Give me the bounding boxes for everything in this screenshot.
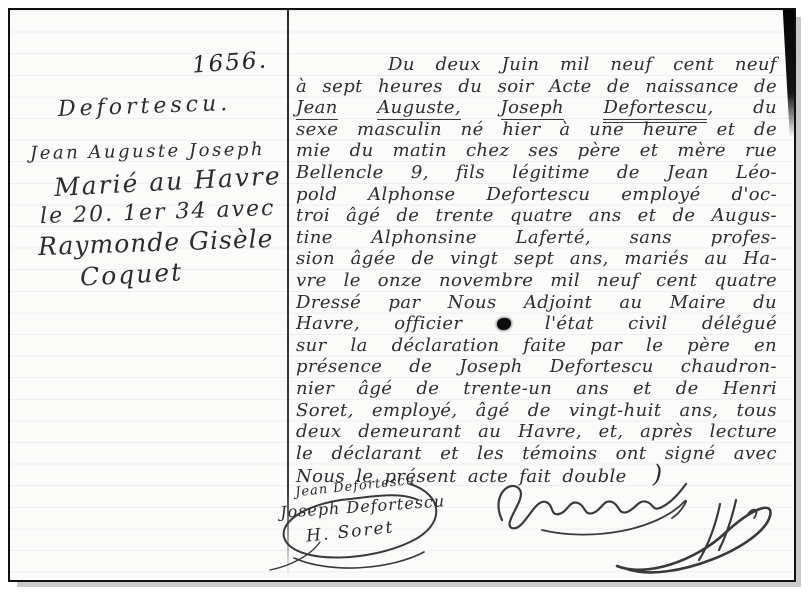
underlined-name: Jean: [296, 97, 338, 120]
act-body-text: Du deux Juin mil neuf cent neuf à sept h…: [296, 54, 777, 486]
body-line: vre le onze novembre mil neuf cent quatr…: [296, 270, 777, 292]
body-line: sion âgée de vingt sept ans, mariés au H…: [296, 248, 777, 270]
act-number: 1656.: [191, 47, 268, 78]
body-line: à sept heures du soir Acte de naissance …: [296, 76, 777, 98]
underlined-name: Auguste,: [377, 97, 461, 120]
body-line: sur la déclaration faite par le père en: [296, 335, 777, 357]
body-line: nier âgé de trente-un ans et de Henri: [296, 378, 777, 400]
margin-marriage-note-line: Marié au Havre: [53, 161, 282, 202]
body-line: Du deux Juin mil neuf cent neuf: [296, 54, 777, 76]
body-line: mie du matin chez ses père et mère rue: [296, 140, 777, 162]
father-signature-paraph: [602, 484, 792, 584]
underlined-name: Joseph: [501, 97, 564, 120]
body-line: présence de Joseph Defortescu chaudron-: [296, 356, 777, 378]
body-line-names: Jean Auguste, Joseph Defortescu, du: [296, 97, 777, 119]
ink-blot: [497, 318, 511, 330]
margin-marriage-note-line: Raymonde Gisèle: [38, 224, 274, 261]
body-line: le déclarant et les témoins ont signé av…: [296, 443, 777, 465]
body-line: pold Alphonse Defortescu employé d'oc-: [296, 184, 777, 206]
body-line-with-blot: Havre, officier l'état civil délégué: [296, 313, 777, 335]
margin-surname: Defortescu.: [58, 91, 232, 122]
body-line: troi âgé de trente quatre ans et de Augu…: [296, 205, 777, 227]
scanned-birth-act-page: 1656. Defortescu. Jean Auguste Joseph Ma…: [8, 8, 796, 582]
body-line: sexe masculin né hier à une heure et de: [296, 119, 777, 141]
scan-edge-shadow: [780, 10, 794, 138]
margin-given-names: Jean Auguste Joseph: [30, 139, 265, 164]
body-line: Soret, employé, âgé de vingt-huit ans, t…: [296, 400, 777, 422]
body-line: Dressé par Nous Adjoint au Maire du: [296, 292, 777, 314]
witness-signature-flourish: [258, 470, 473, 578]
margin-marriage-note-line: Coquet: [79, 257, 184, 291]
line-part: Havre, officier: [296, 313, 462, 334]
line-tail: , du: [707, 97, 777, 118]
body-line: Bellencle 9, fils légitime de Jean Léo-: [296, 162, 777, 184]
line-part: l'état civil délégué: [545, 313, 777, 334]
body-line: tine Alphonsine Laferté, sans profes-: [296, 227, 777, 249]
body-line: deux demeurant au Havre, et, après lectu…: [296, 421, 777, 443]
